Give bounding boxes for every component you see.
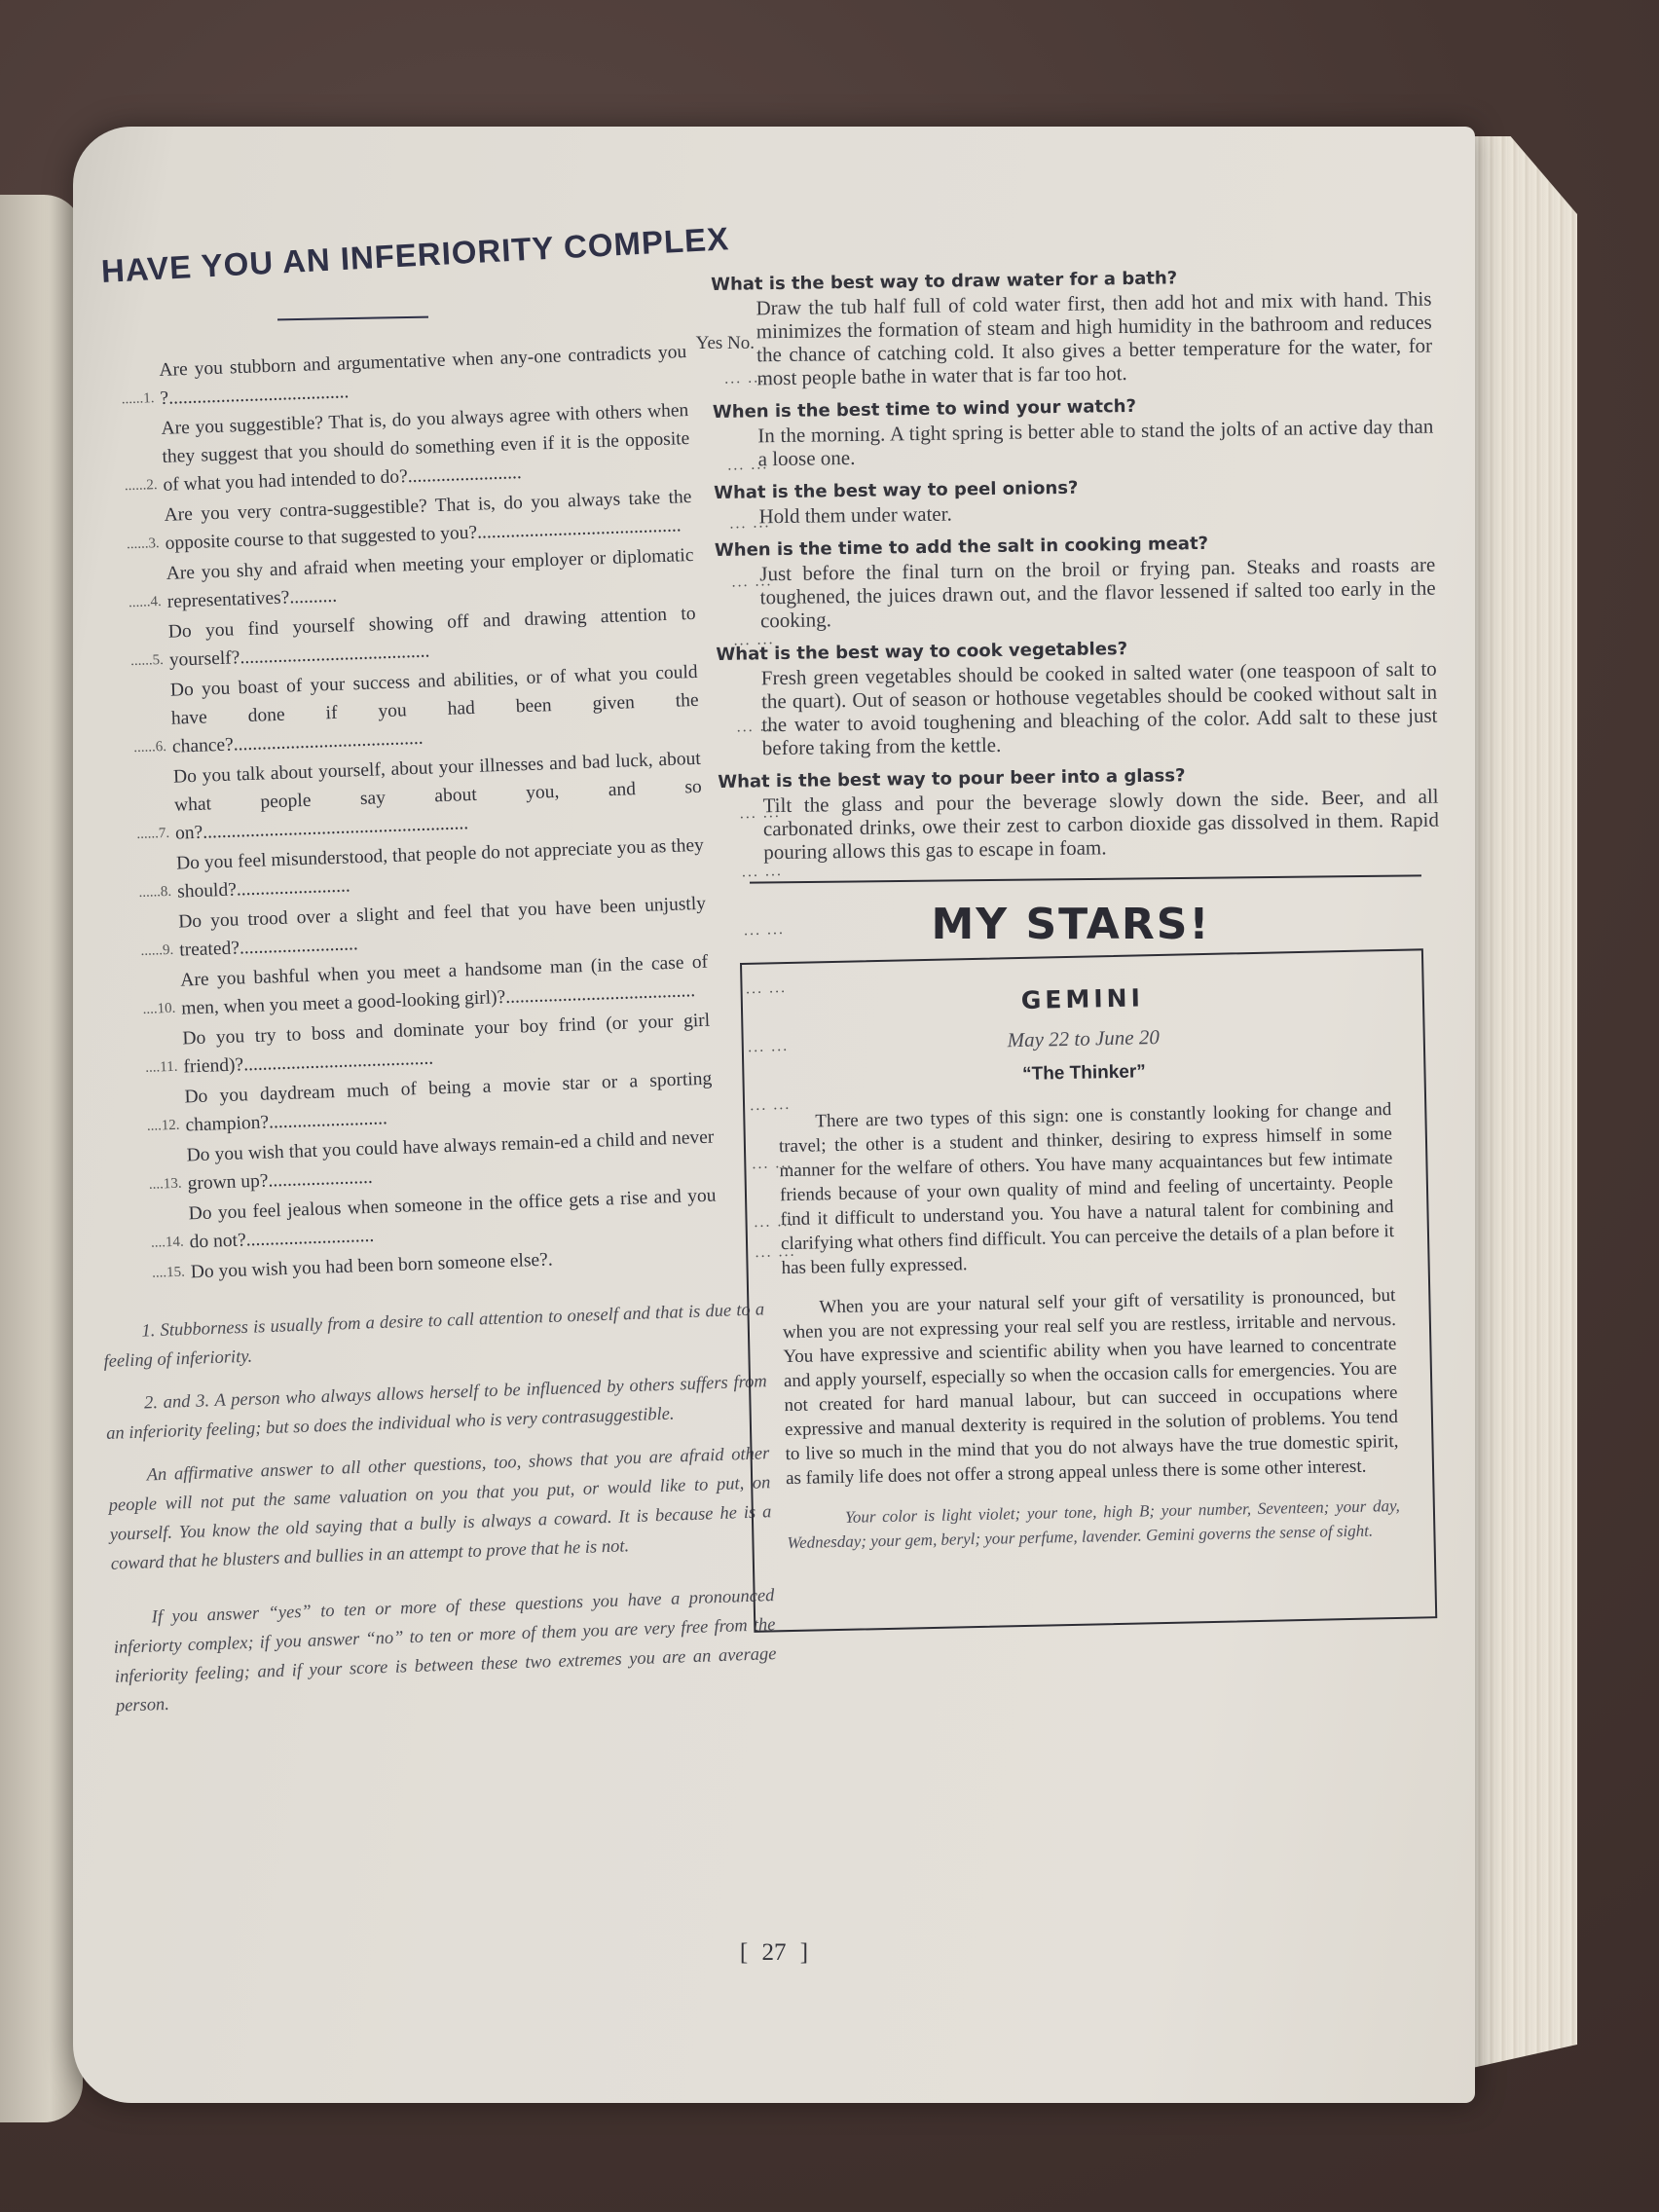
sign-attributes: Your color is light violet; your tone, h…: [787, 1493, 1401, 1555]
tip-answer: Just before the final turn on the broil …: [759, 553, 1436, 633]
tip-answer: In the morning. A tight spring is better…: [757, 415, 1434, 471]
tips-list: What is the best way to draw water for a…: [711, 265, 1439, 865]
question-text: Do you boast of your success and abiliti…: [169, 658, 700, 761]
facing-page-edge: [0, 195, 83, 2122]
section-divider: [750, 874, 1421, 883]
quiz-notes: 1. Stubborness is usually from a desire …: [102, 1295, 778, 1720]
household-tips-column: What is the best way to draw water for a…: [711, 263, 1431, 1633]
sign-paragraph-2: When you are your natural self your gift…: [782, 1283, 1399, 1491]
sign-paragraph-1: There are two types of this sign: one is…: [778, 1097, 1395, 1280]
question-number: ......3.: [108, 530, 166, 560]
inferiority-quiz-column: HAVE YOU AN INFERIORITY COMPLEX Yes No. …: [102, 253, 764, 1735]
horoscope-title: MY STARS!: [711, 900, 1431, 949]
question-number: ......4.: [110, 588, 167, 618]
tip-answer: Draw the tub half full of cold water fir…: [756, 287, 1432, 390]
sign-nickname: “The Thinker”: [777, 1056, 1390, 1090]
question-list: ......1.Are you stubborn and argumentati…: [102, 335, 796, 1288]
tip-answer: Tilt the glass and pour the beverage slo…: [762, 785, 1439, 865]
question-number: ....13.: [130, 1169, 188, 1199]
question-number: ......5.: [112, 646, 169, 677]
question-number: ......1.: [103, 385, 161, 415]
sign-dates: May 22 to June 20: [777, 1020, 1390, 1057]
question-text: Are you suggestible? That is, do you alw…: [161, 396, 691, 499]
note-1: 1. Stubborness is usually from a desire …: [102, 1295, 766, 1377]
title-underline: [277, 316, 428, 321]
question-number: ......9.: [123, 937, 180, 967]
page-number: [ 27 ]: [73, 1939, 1475, 1967]
question-number: ......2.: [106, 471, 164, 501]
question-number: ......6.: [116, 733, 173, 763]
question-number: ....14.: [132, 1228, 190, 1258]
question-number: ....10.: [125, 995, 182, 1025]
horoscope-box: GEMINI May 22 to June 20 “The Thinker” T…: [740, 948, 1437, 1633]
question-number: ......7.: [119, 820, 176, 850]
question-number: ......8.: [121, 878, 178, 908]
sign-name: GEMINI: [776, 978, 1389, 1019]
question-number: ....12.: [129, 1112, 186, 1142]
question-text: Do you talk about yourself, about your i…: [173, 745, 704, 848]
tip-answer: Fresh green vegetables should be cooked …: [761, 657, 1438, 760]
note-2: 2. and 3. A person who always allows her…: [105, 1367, 769, 1449]
magazine-page: HAVE YOU AN INFERIORITY COMPLEX Yes No. …: [73, 127, 1475, 2103]
question-number: ....15.: [133, 1258, 191, 1288]
scoring-note: If you answer “yes” to ten or more of th…: [112, 1581, 778, 1721]
note-3: An affirmative answer to all other quest…: [107, 1439, 773, 1579]
quiz-title: HAVE YOU AN INFERIORITY COMPLEX: [100, 218, 763, 290]
question-number: ....11.: [127, 1053, 184, 1084]
